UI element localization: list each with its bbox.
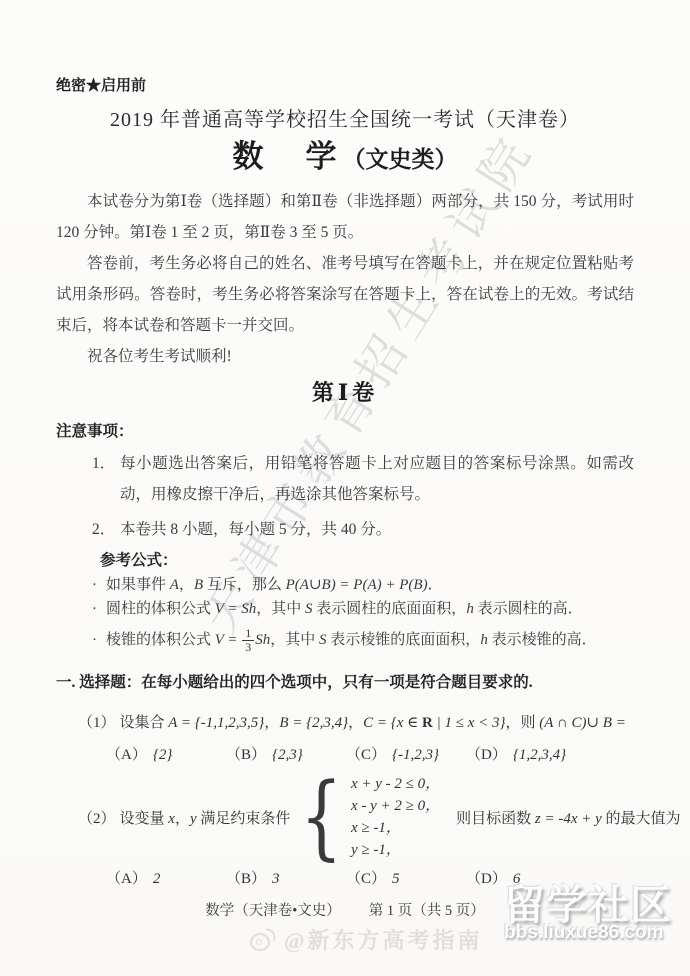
question-text: 的最大值为 (602, 811, 681, 827)
subject-suffix: （文史类） (343, 147, 458, 172)
bullet-icon: · (92, 573, 97, 597)
option-value: 3 (272, 871, 280, 887)
fraction-denominator: 3 (242, 641, 254, 654)
option-b: （B）3 (226, 867, 346, 891)
subject-char-2: 学 (306, 139, 337, 174)
formula-math: h (466, 601, 474, 617)
intro-paragraph-1: 本试卷分为第Ⅰ卷（选择题）和第Ⅱ卷（非选择题）两部分，共 150 分，考试用时 … (56, 186, 634, 248)
question-1-options: （A）{2} （B）{2,3} （C）{-1,2,3} （D）{1,2,3,4} (106, 743, 634, 767)
option-label: （C） (346, 871, 386, 887)
formula-text: ， (179, 577, 194, 593)
question-math: y (190, 811, 197, 827)
formula-math: P(A∪B) = P(A) + P(B) (286, 577, 428, 593)
option-label: （A） (106, 871, 147, 887)
question-text: ， (175, 811, 190, 827)
weibo-watermark: @新东方高考指南 (250, 924, 482, 955)
question-math: z = -4x + y (535, 811, 602, 827)
option-c: （C）{-1,2,3} (346, 743, 466, 767)
constraint-line: y ≥ -1， (351, 839, 440, 861)
formula-math: S (319, 632, 327, 648)
subject-title: 数学（文史类） (56, 136, 634, 178)
option-label: （C） (346, 747, 386, 763)
formula-math: A (170, 577, 179, 593)
weibo-icon-pupil (256, 939, 262, 945)
option-value: {1,2,3,4} (513, 747, 566, 763)
question-math: C = {x ∈ (363, 715, 422, 731)
question-text: 满足约束条件 (197, 811, 291, 827)
bullet-icon: · (92, 623, 97, 657)
question-2-objective: 则目标函数 z = -4x + y 的最大值为 (456, 807, 680, 828)
notice-text-2: 本卷共 8 小题，每小题 5 分，共 40 分。 (120, 521, 391, 538)
question-text: ， (348, 715, 363, 731)
fraction-one-third: 13 (242, 627, 254, 654)
option-a: （A）2 (106, 867, 226, 891)
exam-paper-page: 天津市教育招生考试院 绝密★启用前 2019 年普通高等学校招生全国统一考试（天… (0, 0, 690, 976)
exam-title: 2019 年普通高等学校招生全国统一考试（天津卷） (56, 103, 634, 132)
formula-union-probability: · 如果事件 A，B 互斥，那么 P(A∪B) = P(A) + P(B)． (92, 573, 634, 597)
question-text: 设集合 (120, 715, 169, 731)
constraint-system: x + y - 2 ≤ 0， x - y + 2 ≥ 0， x ≥ -1， y … (351, 773, 440, 861)
formula-math: V = (215, 632, 242, 648)
footer-subject: 数学（天津卷•文史） (205, 903, 341, 919)
option-label: （B） (226, 871, 266, 887)
notice-item-1: 1． 每小题选出答案后，用铅笔将答题卡上对应题目的答案标号涂黑。如需改动，用橡皮… (56, 448, 634, 510)
formula-text: ，其中 (256, 601, 305, 617)
formula-math: V = Sh (215, 601, 257, 617)
formula-text: ，其中 (270, 632, 319, 648)
real-number-symbol: R (422, 715, 433, 731)
liuxue-logo-watermark: 留学社区 bbs.liuxue86.com (504, 884, 684, 944)
question-math: A = {-1,1,2,3,5} (168, 715, 264, 731)
formula-text: 圆柱的体积公式 (106, 601, 215, 617)
formula-math: S (305, 601, 313, 617)
question-1-number: （1） (78, 715, 116, 731)
page-content: 绝密★启用前 2019 年普通高等学校招生全国统一考试（天津卷） 数学（文史类）… (0, 74, 690, 920)
option-label: （D） (466, 747, 507, 763)
question-text: ，则 (506, 715, 540, 731)
part1-title: 第Ⅰ卷 (56, 378, 634, 408)
liuxue-logo-url: bbs.liuxue86.com (504, 922, 684, 944)
question-2-stem: （2）设变量 x，y 满足约束条件 { x + y - 2 ≤ 0， x - y… (56, 773, 634, 861)
question-math: | 1 ≤ x < 3} (433, 715, 506, 731)
notice-text-1: 每小题选出答案后，用铅笔将答题卡上对应题目的答案标号涂黑。如需改动，用橡皮擦干净… (120, 455, 634, 503)
footer-page-number: 第 1 页（共 5 页） (369, 903, 485, 919)
constraint-line: x + y - 2 ≤ 0， (351, 773, 440, 795)
option-value: {2} (153, 747, 173, 763)
formula-math: Sh (255, 632, 270, 648)
option-c: （C）5 (346, 867, 466, 891)
formula-text: 棱锥的体积公式 (106, 632, 215, 648)
subject-char-1: 数 (233, 139, 264, 174)
question-text: ， (264, 715, 279, 731)
question-1-stem: （1）设集合 A = {-1,1,2,3,5}，B = {2,3,4}，C = … (56, 709, 634, 737)
system-brace: { (301, 773, 343, 861)
formula-text: ． (428, 577, 443, 593)
intro-paragraph-2: 答卷前，考生务必将自己的姓名、准考号填写在答题卡上，并在规定位置粘贴考试用条形码… (56, 248, 634, 341)
fraction-numerator: 1 (242, 627, 254, 641)
option-a: （A）{2} (106, 743, 226, 767)
question-text: 设变量 (120, 811, 169, 827)
formula-math: B (194, 577, 203, 593)
formula-text: 表示棱锥的底面面积， (327, 632, 481, 648)
multiple-choice-heading: 一. 选择题：在每小题给出的四个选项中，只有一项是符合题目要求的. (56, 671, 634, 695)
formula-text: 表示棱锥的高． (488, 632, 597, 648)
formula-title: 参考公式： (100, 549, 634, 573)
notice-number-2: 2． (92, 514, 115, 545)
option-label: （B） (226, 747, 266, 763)
notice-number-1: 1． (92, 448, 115, 479)
option-label: （A） (106, 747, 147, 763)
formula-text: 互斥，那么 (203, 577, 286, 593)
classification-label: 绝密★启用前 (56, 74, 634, 95)
question-math: B = {2,3,4} (279, 715, 348, 731)
formula-text: 如果事件 (106, 577, 170, 593)
constraint-line: x ≥ -1， (351, 817, 440, 839)
weibo-icon-tail (264, 928, 277, 941)
question-math: x (168, 811, 175, 827)
option-label: （D） (466, 871, 507, 887)
option-value: 5 (392, 871, 400, 887)
constraint-line: x - y + 2 ≥ 0， (351, 795, 440, 817)
formula-pyramid-volume: · 棱锥的体积公式 V = 13Sh，其中 S 表示棱锥的底面面积，h 表示棱锥… (92, 623, 634, 657)
liuxue-logo-text: 留学社区 (504, 884, 684, 926)
question-math: (A ∩ C)∪ B = (539, 715, 626, 731)
option-value: {2,3} (272, 747, 303, 763)
formula-cylinder-volume: · 圆柱的体积公式 V = Sh，其中 S 表示圆柱的底面面积，h 表示圆柱的高… (92, 597, 634, 621)
wish-line: 祝各位考生考试顺利! (56, 341, 634, 372)
notice-item-2: 2． 本卷共 8 小题，每小题 5 分，共 40 分。 (56, 514, 634, 545)
bullet-icon: · (92, 597, 97, 621)
option-value: {-1,2,3} (392, 747, 439, 763)
notice-title: 注意事项： (56, 420, 634, 444)
formula-math: h (480, 632, 488, 648)
question-text: 则目标函数 (456, 811, 535, 827)
formula-text: 表示圆柱的底面面积， (313, 601, 467, 617)
question-2-number: （2） (78, 811, 116, 827)
option-value: 2 (153, 871, 161, 887)
weibo-handle: @新东方高考指南 (284, 924, 482, 955)
formula-text: 表示圆柱的高． (474, 601, 583, 617)
option-d: （D）{1,2,3,4} (466, 743, 566, 767)
weibo-icon (250, 929, 276, 951)
